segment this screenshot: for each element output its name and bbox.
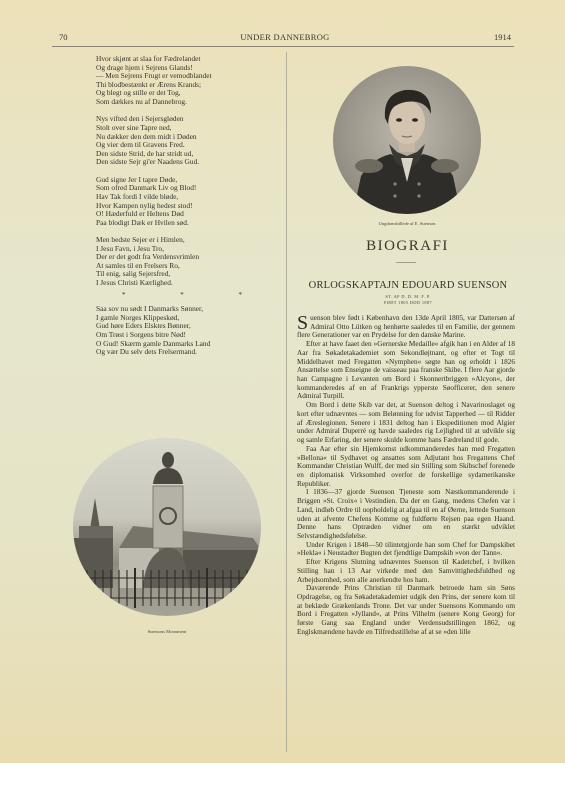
stanza-separator: * * * — [122, 291, 242, 300]
poem-stanza-3: Gud signe Jer I tapre Døde, Som ofred Da… — [96, 176, 281, 228]
header-rule — [52, 46, 514, 47]
article-paragraph: Efter Krigens Slutning udnævntes Suenson… — [297, 558, 515, 584]
poem-line: Og vær Du selv dets Frelsermand. — [96, 348, 281, 357]
poem-stanza-1: Hvor skjønt at slaa for Fædrelandet Og d… — [96, 55, 281, 107]
monument-illustration-icon — [73, 438, 261, 616]
article-paragraph: I 1836—37 gjorde Suenson Tjeneste som Næ… — [297, 488, 515, 540]
section-heading: BIOGRAFI — [300, 238, 515, 255]
poem-stanza-4: Men bedste Sejer er i Himlen, I Jesu Fav… — [96, 236, 281, 288]
poem: Hvor skjønt at slaa for Fædrelandet Og d… — [96, 55, 281, 366]
page-header: 70 UNDER DANNEBROG 1914 — [55, 32, 515, 46]
poem-line: I Jesus Christi Kærlighed. — [96, 279, 281, 288]
article-paragraph: Under Krigen i 1848—50 tilintetgjorde ha… — [297, 541, 515, 558]
magazine-page: 70 UNDER DANNEBROG 1914 Hvor skjønt at s… — [0, 0, 565, 763]
asterisk: * — [239, 291, 243, 300]
poem-stanza-2: Nys vifted den i Sejersgløden Stolt over… — [96, 115, 281, 167]
article-paragraph: Efter at have faaet den »Gernerske Medai… — [297, 340, 515, 401]
article-subtitle-honors: ST. AF D. D. M. F. P. — [298, 294, 518, 299]
article-paragraph: Om Bord i dette Skib var det, at Suenson… — [297, 401, 515, 445]
monument-photo — [73, 438, 261, 616]
article-subtitle-dates: FØDT 1805 DØD 1887 — [298, 300, 518, 305]
portrait-caption: Ungdomsbillede af E. Suenson — [333, 221, 481, 226]
column-divider — [286, 52, 287, 752]
poem-line: Den sidste Sejr gi'er Naadens Gud. — [96, 158, 281, 167]
article-title: ORLOGSKAPTAJN EDOUARD SUENSON — [298, 280, 518, 291]
article-body: Suenson blev født i København den 13de A… — [297, 314, 515, 637]
article-paragraph: Faa Aar efter sin Hjemkomst udkommandere… — [297, 445, 515, 489]
article-paragraph: Daværende Prins Christian til Danmark be… — [297, 584, 515, 636]
portrait-image — [333, 66, 481, 214]
drop-cap: S — [297, 315, 308, 331]
poem-stanza-5: Saa sov nu sødt I Danmarks Sønner, I gam… — [96, 305, 281, 357]
publication-year: 1914 — [494, 32, 511, 42]
heading-rule — [396, 262, 416, 263]
monument-caption: Suensons Monument — [73, 629, 261, 634]
poem-line: Paa blodigt Dæk er Hvilen sød. — [96, 219, 281, 228]
publication-title: UNDER DANNEBROG — [55, 32, 515, 42]
portrait-illustration-icon — [333, 66, 481, 214]
poem-line: Som dækkes nu af Dannebrog. — [96, 98, 281, 107]
asterisk: * — [122, 291, 126, 300]
article-paragraph: Suenson blev født i København den 13de A… — [297, 314, 515, 340]
asterisk: * — [180, 291, 184, 300]
